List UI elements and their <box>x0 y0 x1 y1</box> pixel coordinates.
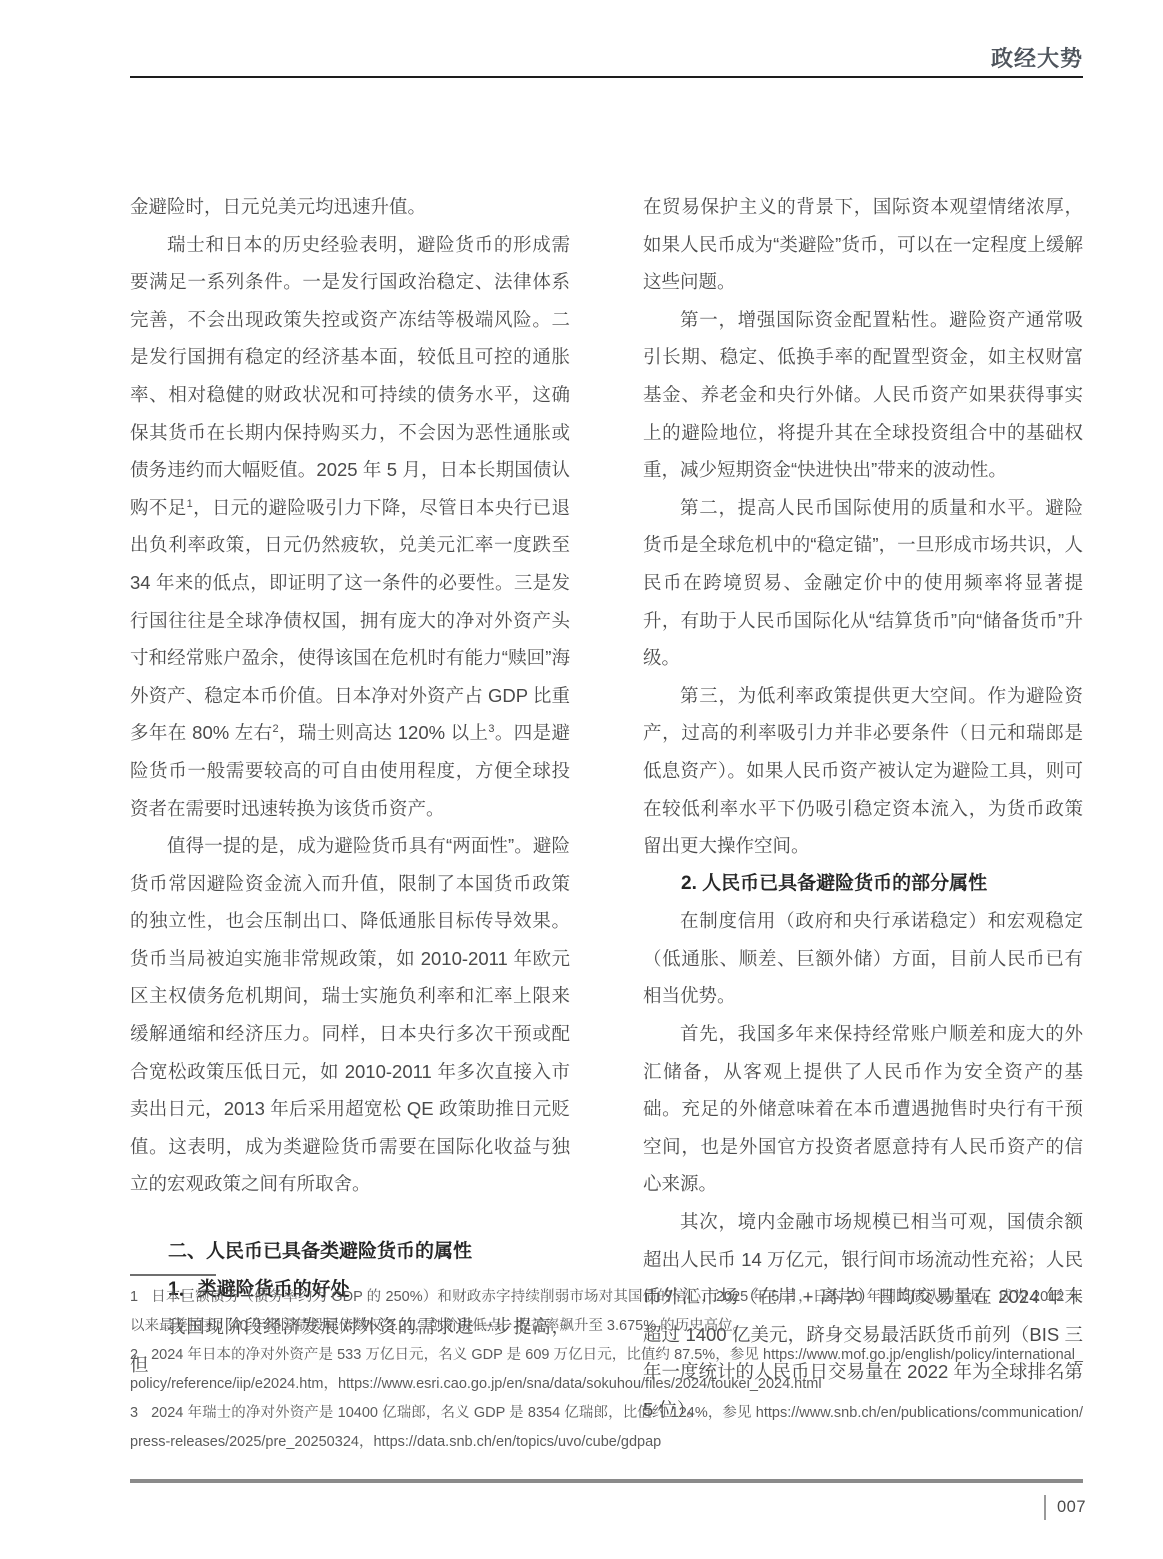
paragraph: 首先，我国多年来保持经常账户顺差和庞大的外汇储备，从客观上提供了人民币作为安全资… <box>643 1015 1083 1203</box>
paragraph: 第一，增强国际资金配置粘性。避险资产通常吸引长期、稳定、低换手率的配置型资金，如… <box>643 301 1083 489</box>
left-column: 金避险时，日元兑美元均迅速升值。 瑞士和日本的历史经验表明，避险货币的形成需要满… <box>130 188 570 1383</box>
footnote-number: 1 <box>130 1289 138 1305</box>
footnote-text: 日本巨额债务（债务率约为 GDP 的 250%）和财政赤字持续削弱市场对其国债的… <box>130 1289 1083 1334</box>
paragraph-continuation: 金避险时，日元兑美元均迅速升值。 <box>130 188 570 226</box>
paragraph: 第三，为低利率政策提供更大空间。作为避险资产，过高的利率吸引力并非必要条件（日元… <box>643 677 1083 865</box>
paragraph-text: ，日元的避险吸引力下降，尽管日本央行已退出负利率政策，日元仍然疲软，兑美元汇率一… <box>130 497 570 744</box>
section-header-label: 政经大势 <box>991 42 1083 73</box>
footer-rule <box>130 1479 1083 1483</box>
footnote-text: 2024 年日本的净对外资产是 533 万亿日元，名义 GDP 是 609 万亿… <box>130 1347 1083 1392</box>
footnote: 1日本巨额债务（债务率约为 GDP 的 250%）和财政赤字持续削弱市场对其国债… <box>130 1283 1083 1341</box>
footnote-text: 2024 年瑞士的净对外资产是 10400 亿瑞郎，名义 GDP 是 8354 … <box>130 1405 1083 1450</box>
right-column: 在贸易保护主义的背景下，国际资本观望情绪浓厚，如果人民币成为“类避险”货币，可以… <box>643 188 1083 1429</box>
page-number-divider <box>1044 1495 1046 1520</box>
paragraph: 值得一提的是，成为避险货币具有“两面性”。避险货币常因避险资金流入而升值，限制了… <box>130 827 570 1203</box>
subsection-heading: 2. 人民币已具备避险货币的部分属性 <box>643 865 1083 903</box>
page-number-text: 007 <box>1057 1498 1086 1517</box>
footnote: 22024 年日本的净对外资产是 533 万亿日元，名义 GDP 是 609 万… <box>130 1341 1083 1399</box>
paragraph: 第二，提高人民币国际使用的质量和水平。避险货币是全球危机中的“稳定锚”，一旦形成… <box>643 489 1083 677</box>
paragraph-text: ，瑞士则高达 120% 以上 <box>279 722 489 743</box>
footnote: 32024 年瑞士的净对外资产是 10400 亿瑞郎，名义 GDP 是 8354… <box>130 1399 1083 1457</box>
paragraph: 在制度信用（政府和央行承诺稳定）和宏观稳定（低通胀、顺差、巨额外储）方面，目前人… <box>643 902 1083 1015</box>
footnote-number: 3 <box>130 1405 138 1421</box>
footnotes-block: 1日本巨额债务（债务率约为 GDP 的 250%）和财政赤字持续削弱市场对其国债… <box>130 1274 1083 1457</box>
paragraph-continuation: 在贸易保护主义的背景下，国际资本观望情绪浓厚，如果人民币成为“类避险”货币，可以… <box>643 188 1083 301</box>
footnote-number: 2 <box>130 1347 138 1363</box>
document-page: 政经大势 金避险时，日元兑美元均迅速升值。 瑞士和日本的历史经验表明，避险货币的… <box>0 0 1163 1559</box>
page-number: 007 <box>1044 1494 1086 1520</box>
paragraph-text: 瑞士和日本的历史经验表明，避险货币的形成需要满足一系列条件。一是发行国政治稳定、… <box>130 234 570 518</box>
section-heading: 二、人民币已具备类避险货币的属性 <box>130 1233 570 1271</box>
paragraph: 瑞士和日本的历史经验表明，避险货币的形成需要满足一系列条件。一是发行国政治稳定、… <box>130 226 570 828</box>
footnote-separator-rule <box>130 1274 216 1276</box>
header-rule <box>130 76 1083 78</box>
